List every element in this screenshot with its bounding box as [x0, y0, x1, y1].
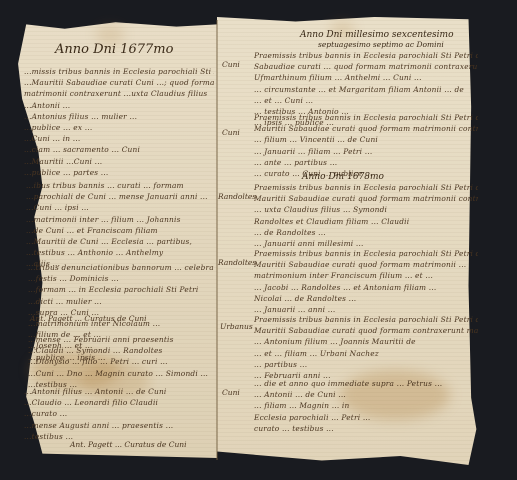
script-line: Praemissis tribus bannis in Ecclesia par… — [254, 50, 478, 61]
script-line: ... et ... Cuni ... — [254, 95, 478, 106]
margin-note-parish: Cuni — [222, 388, 240, 397]
script-line: ... filiam ... Magnin ... in — [254, 400, 478, 411]
right-entry-4: Praemissis tribus bannis in Ecclesia par… — [254, 248, 478, 315]
script-line: ...Antonii ... — [24, 100, 214, 111]
script-line: Nicolai ... de Randoltes ... — [254, 293, 478, 304]
script-line: ...Cuni ... in ... — [24, 133, 214, 144]
script-line: ...Cuni ... ipsi ... — [26, 202, 214, 213]
script-line: ...mense ... Februarii anni praesentis — [28, 334, 214, 345]
script-line: ...formam ... in Ecclesia parochiali Sti… — [28, 284, 214, 295]
script-line: ...Mauritii de Cuni ... Ecclesia ... par… — [26, 236, 214, 247]
script-line: ... die et anno quo immediate supra ... … — [254, 378, 478, 389]
script-line: ...festis ... Dominicis ... — [28, 273, 214, 284]
script-line: ...ibus tribus bannis ... curati ... for… — [26, 180, 214, 191]
script-line: Ufmarthinum filium ... Anthelmi ... Cuni… — [254, 72, 478, 83]
left-entry-1: ...missis tribus bannis in Ecclesia paro… — [24, 66, 214, 178]
script-line: ...Mauritii ...Cuni ... — [24, 156, 214, 167]
script-line: ... Januarii ... filiam ... Petri ... — [254, 146, 478, 157]
right-entry-5: Praemissis tribus bannis in Ecclesia par… — [254, 314, 478, 381]
script-line: ...Mauritii Sabaudiae curati Cuni ...; q… — [24, 77, 214, 88]
script-line: Praemissis tribus bannis in Ecclesia par… — [254, 248, 478, 259]
script-line: Ecclesia parochiali ... Petri ... — [254, 412, 478, 423]
script-line: ...matrimonii inter ... filium ... Johan… — [26, 214, 214, 225]
script-line: ...parochiali de Cuni ... mense Januarii… — [26, 191, 214, 202]
script-line: ...Antonius filius ... mulier ... — [24, 111, 214, 122]
script-line: Praemissis tribus bannis in Ecclesia par… — [254, 182, 478, 193]
script-line: ...mense Augusti anni ... praesentis ... — [24, 420, 214, 431]
margin-note-parish: Cuni — [222, 60, 240, 69]
script-line: matrimonium inter Franciscum filium ... … — [254, 270, 478, 281]
page-fold — [216, 20, 218, 460]
script-line: Mauritii Sabaudiae curati quod formam co… — [254, 325, 478, 336]
margin-note-name: Urbanus — [220, 322, 253, 331]
script-line: Randoltes et Claudiam filiam ... Claudii — [254, 216, 478, 227]
right-entry-3: Praemissis tribus bannis in Ecclesia par… — [254, 182, 478, 249]
script-line: ...Claudii ... Symondi ... Randoltes — [28, 345, 214, 356]
right-page-heading: Anno Dni millesimo sexcentesimo — [300, 30, 454, 40]
script-line: ...Dionysio ... filio ... Petri ... curi… — [28, 356, 214, 367]
right-page-subheading: septuagesimo septimo ac Domini — [318, 40, 444, 49]
script-line: Mauritii Sabaudiae curati quod formam ma… — [254, 193, 478, 204]
curate-signature: Ant. Pagett ... Curatus de Cuni — [70, 440, 187, 449]
script-line: ...dicti ... mulier ... — [28, 296, 214, 307]
script-line: Mauritii Sabaudiae curati quod formam ma… — [254, 259, 478, 270]
script-line: ...ciam ... sacramento ... Cuni — [24, 144, 214, 155]
script-line: ... de Randoltes ... — [254, 227, 478, 238]
script-line: ...de Cuni ... et Franciscam filiam — [26, 225, 214, 236]
script-line: ... partibus ... — [254, 359, 478, 370]
script-line: ... filium ... Vincentii ... de Cuni — [254, 134, 478, 145]
script-line: ...curato ... — [24, 408, 214, 419]
script-line: ... et ... filiam ... Urbani Nachez — [254, 348, 478, 359]
script-line: matrimonii contraxerunt ...uxta Claudius… — [24, 88, 214, 99]
script-line: ...Antonii filius ... Antonii ... de Cun… — [24, 386, 214, 397]
script-line: ... Antonii ... de Cuni ... — [254, 389, 478, 400]
script-line: Sabaudiae curati ... quod formam matrimo… — [254, 61, 478, 72]
script-line: Praemissis tribus bannis in Ecclesia par… — [254, 112, 478, 123]
script-line: Mauritii Sabaudiae curati quod formam ma… — [254, 123, 478, 134]
right-entry-2: Praemissis tribus bannis in Ecclesia par… — [254, 112, 478, 179]
script-line: ... Jacobi ... Randoltes ... et Antoniam… — [254, 282, 478, 293]
margin-note-village: Randoltes — [218, 258, 256, 267]
right-entry-6: ... die et anno quo immediate supra ... … — [254, 378, 478, 434]
curate-signature: Ant. Pagett ... Curatus de Cuni — [30, 314, 147, 323]
left-entry-5: ...Antonii filius ... Antonii ... de Cun… — [24, 386, 214, 442]
scanned-manuscript: Anno Dni 1677mo ...missis tribus bannis … — [0, 0, 517, 480]
script-line: ...testibus ... Anthonio ... Anthelmy — [26, 247, 214, 258]
margin-note-village: Randoltes — [218, 192, 256, 201]
script-line: ...missis tribus bannis in Ecclesia paro… — [24, 66, 214, 77]
script-line: ...Claudio ... Leonardi filio Claudii — [24, 397, 214, 408]
script-line: ... Antonium filium ... Joannis Mauritii… — [254, 336, 478, 347]
year-heading-1678: Anno Dni 1678mo — [302, 172, 384, 182]
script-line: ...publice ... partes ... — [24, 167, 214, 178]
script-line: ...tribus denunciationibus bannorum ... … — [28, 262, 214, 273]
script-line: ... uxta Claudius filius ... Symondi — [254, 204, 478, 215]
script-line: ...publice ... ex ... — [24, 122, 214, 133]
left-entry-2: ...ibus tribus bannis ... curati ... for… — [26, 180, 214, 270]
left-page-heading: Anno Dni 1677mo — [55, 42, 173, 57]
script-line: ... circumstante ... et Margaritam filia… — [254, 84, 478, 95]
left-entry-4: ...mense ... Februarii anni praesentis .… — [28, 334, 214, 390]
script-line: Praemissis tribus bannis in Ecclesia par… — [254, 314, 478, 325]
margin-note-parish: Cuni — [222, 128, 240, 137]
script-line: ...Cuni ... Dno ... Magnin curato ... Si… — [28, 368, 214, 379]
script-line: ... ante ... partibus ... — [254, 157, 478, 168]
script-line: curato ... testibus ... — [254, 423, 478, 434]
